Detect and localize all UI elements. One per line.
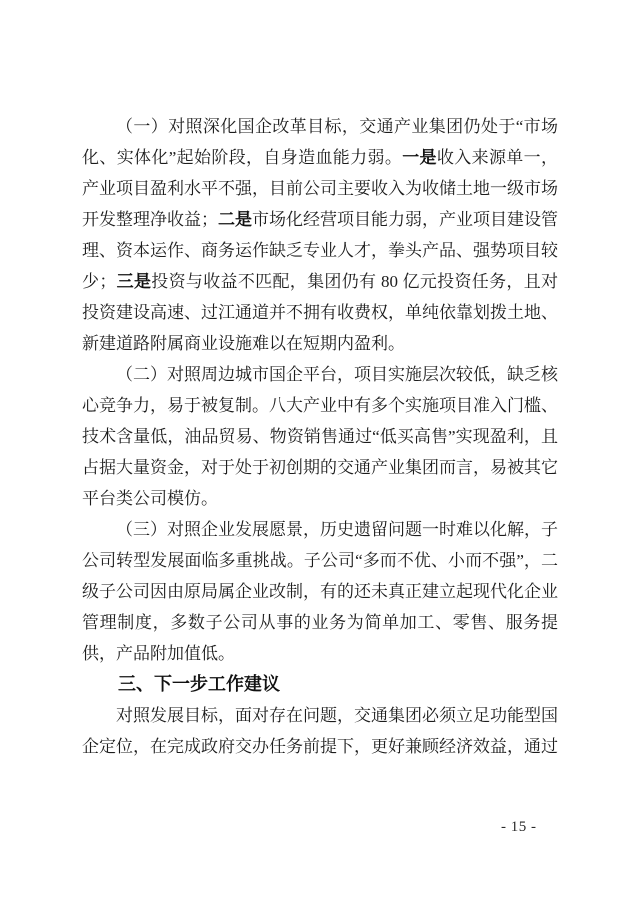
- text-run-bold: 三、下一步工作建议: [118, 674, 280, 694]
- text-run-bold: 二是: [218, 210, 252, 229]
- text-run: 对照发展目标，面对存在问题，交通集团必须立足功能型国企定位，在完成政府交办任务前…: [82, 706, 558, 756]
- section-heading-next-steps: 三、下一步工作建议: [82, 669, 558, 700]
- text-run: （三）对照企业发展愿景，历史遗留问题一时难以化解，子公司转型发展面临多重挑战。子…: [82, 520, 558, 663]
- text-run: （二）对照周边城市国企平台，项目实施层次较低，缺乏核心竞争力，易于被复制。八大产…: [82, 365, 558, 508]
- page-number: - 15 -: [501, 818, 561, 836]
- document-body: （一）对照深化国企改革目标，交通产业集团仍处于“市场化、实体化”起始阶段，自身造…: [82, 111, 558, 762]
- document-page: （一）对照深化国企改革目标，交通产业集团仍处于“市场化、实体化”起始阶段，自身造…: [0, 0, 636, 900]
- text-run-bold: 三是: [116, 272, 151, 291]
- paragraph-next-steps-intro: 对照发展目标，面对存在问题，交通集团必须立足功能型国企定位，在完成政府交办任务前…: [82, 700, 558, 762]
- paragraph-issue-2: （二）对照周边城市国企平台，项目实施层次较低，缺乏核心竞争力，易于被复制。八大产…: [82, 359, 558, 514]
- paragraph-issue-1: （一）对照深化国企改革目标，交通产业集团仍处于“市场化、实体化”起始阶段，自身造…: [82, 111, 558, 359]
- text-run: 投资与收益不匹配，集团仍有 80 亿元投资任务，且对投资建设高速、过江通道并不拥…: [82, 272, 558, 353]
- text-run-bold: 一是: [402, 148, 437, 167]
- paragraph-issue-3: （三）对照企业发展愿景，历史遗留问题一时难以化解，子公司转型发展面临多重挑战。子…: [82, 514, 558, 669]
